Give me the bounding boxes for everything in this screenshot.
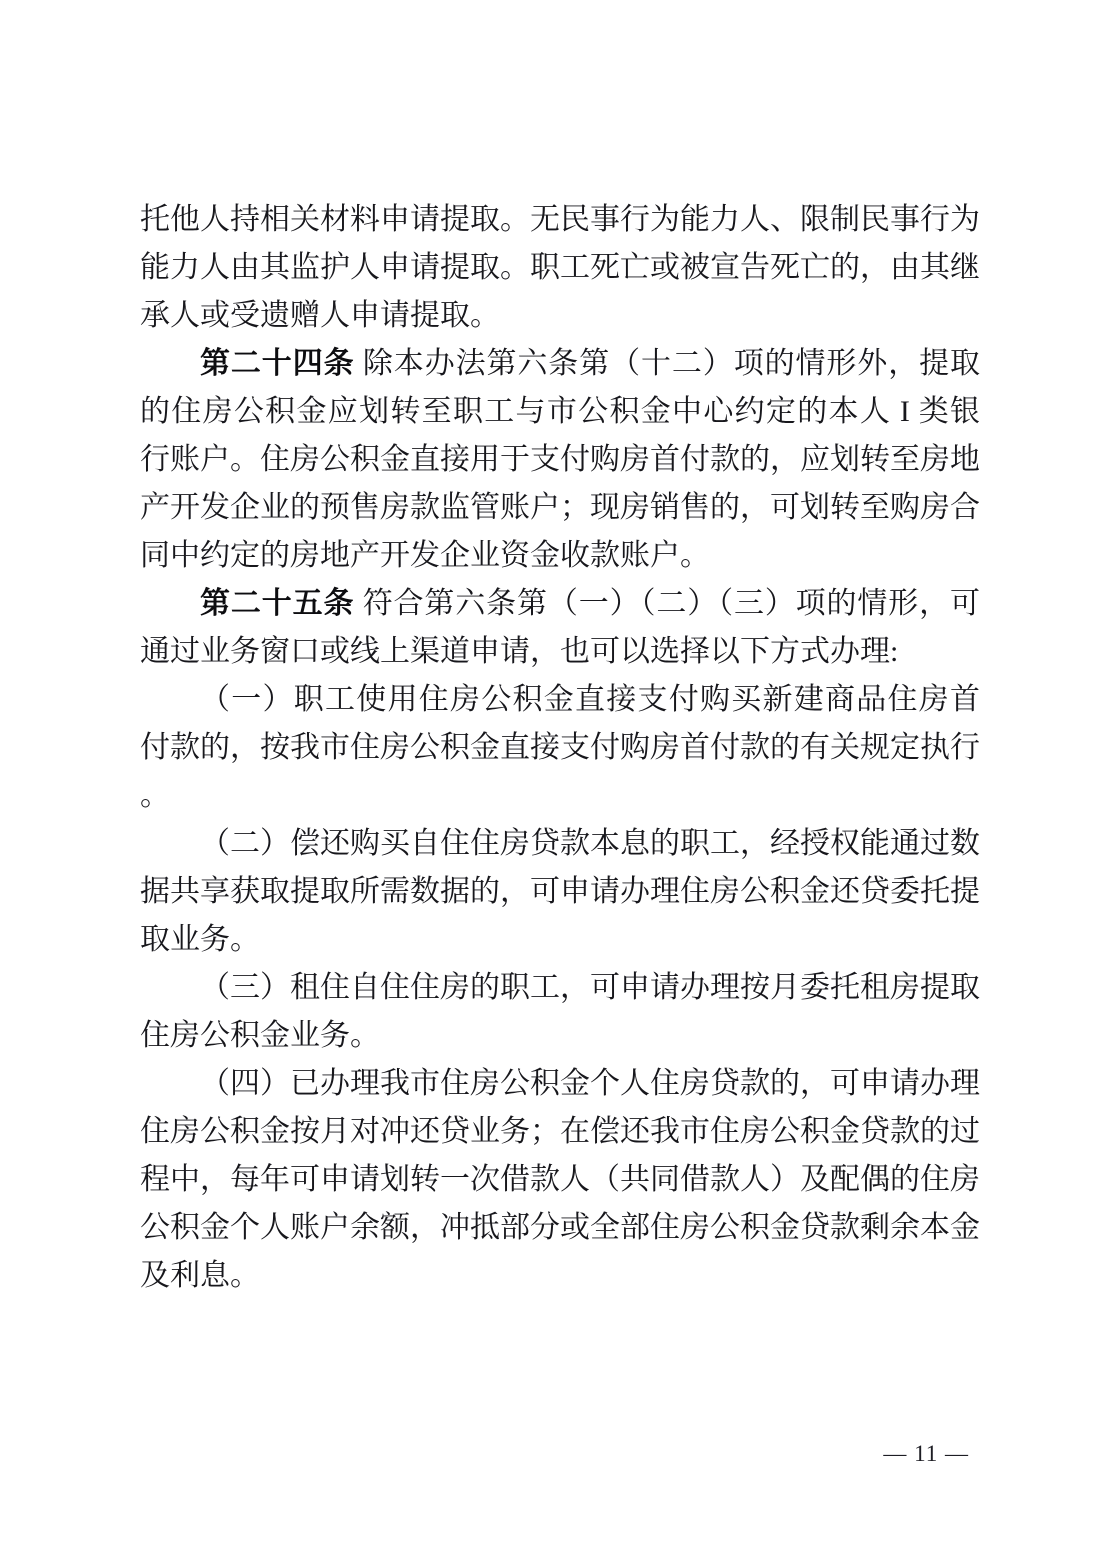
document-line: （二）偿还购买自住住房贷款本息的职工，经授权能通过数 [140, 820, 980, 868]
article-number: 第二十四条 [200, 347, 355, 380]
document-line: 取业务。 [140, 916, 980, 964]
document-line: 能力人由其监护人申请提取。职工死亡或被宣告死亡的，由其继 [140, 244, 980, 292]
document-line: 的住房公积金应划转至职工与市公积金中心约定的本人 I 类银 [140, 388, 980, 436]
document-line: 托他人持相关材料申请提取。无民事行为能力人、限制民事行为 [140, 196, 980, 244]
document-page: 托他人持相关材料申请提取。无民事行为能力人、限制民事行为能力人由其监护人申请提取… [0, 0, 1102, 1559]
document-line: 公积金个人账户余额，冲抵部分或全部住房公积金贷款剩余本金 [140, 1204, 980, 1252]
document-line: （一）职工使用住房公积金直接支付购买新建商品住房首 [140, 676, 980, 724]
document-line: 承人或受遗赠人申请提取。 [140, 292, 980, 340]
document-line: 。 [140, 772, 980, 820]
article-number: 第二十五条 [200, 587, 354, 620]
document-line: 程中，每年可申请划转一次借款人（共同借款人）及配偶的住房 [140, 1156, 980, 1204]
document-line: 住房公积金按月对冲还贷业务；在偿还我市住房公积金贷款的过 [140, 1108, 980, 1156]
document-line: 及利息。 [140, 1252, 980, 1300]
document-body: 托他人持相关材料申请提取。无民事行为能力人、限制民事行为能力人由其监护人申请提取… [140, 196, 980, 1300]
document-line: （四）已办理我市住房公积金个人住房贷款的，可申请办理 [140, 1060, 980, 1108]
document-line: 住房公积金业务。 [140, 1012, 980, 1060]
document-line: 通过业务窗口或线上渠道申请，也可以选择以下方式办理: [140, 628, 980, 676]
page-number: — 11 — [883, 1441, 969, 1467]
document-line: 第二十五条 符合第六条第（一）（二）（三）项的情形，可 [140, 580, 980, 628]
document-line: 据共享获取提取所需数据的，可申请办理住房公积金还贷委托提 [140, 868, 980, 916]
document-line: 第二十四条 除本办法第六条第（十二）项的情形外，提取 [140, 340, 980, 388]
document-line: 同中约定的房地产开发企业资金收款账户。 [140, 532, 980, 580]
document-line: 付款的，按我市住房公积金直接支付购房首付款的有关规定执行 [140, 724, 980, 772]
document-line: 产开发企业的预售房款监管账户；现房销售的，可划转至购房合 [140, 484, 980, 532]
document-line: 行账户。住房公积金直接用于支付购房首付款的，应划转至房地 [140, 436, 980, 484]
document-line: （三）租住自住住房的职工，可申请办理按月委托租房提取 [140, 964, 980, 1012]
